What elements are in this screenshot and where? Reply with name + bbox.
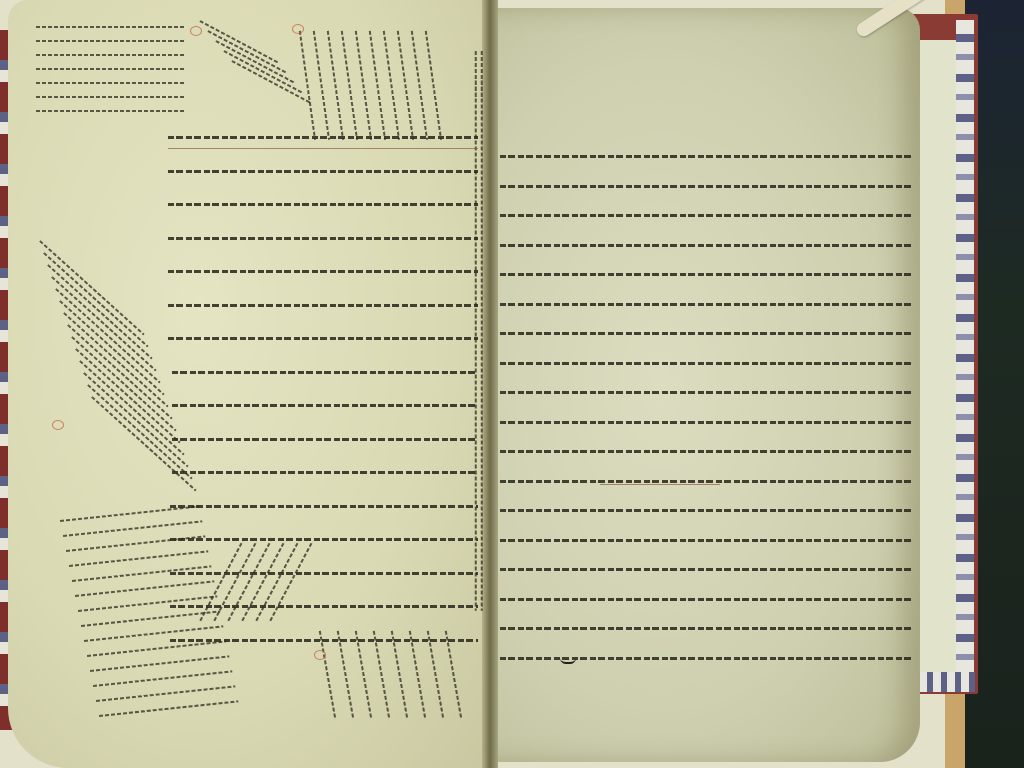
text-line: [170, 605, 478, 608]
ruled-line: [168, 148, 478, 149]
text-line: [500, 244, 912, 247]
text-line: [36, 26, 186, 28]
text-line: [500, 568, 912, 571]
catchword: [560, 654, 576, 664]
text-line: [500, 598, 912, 601]
text-line: [481, 51, 483, 611]
text-line: [168, 270, 478, 273]
text-line: [172, 404, 478, 407]
text-line: [500, 185, 912, 188]
text-line: [168, 170, 478, 173]
text-line: [475, 51, 477, 611]
patterned-cover-edge: [956, 20, 974, 688]
text-line: [168, 237, 478, 240]
right-page: [490, 8, 920, 762]
text-line: [168, 136, 478, 139]
text-line: [500, 273, 912, 276]
text-line: [36, 54, 186, 56]
red-marginal-mark: [292, 24, 304, 34]
text-line: [500, 627, 912, 630]
text-line: [172, 438, 478, 441]
text-line: [500, 362, 912, 365]
text-line: [168, 304, 478, 307]
text-line: [500, 450, 912, 453]
text-line: [170, 572, 478, 575]
text-line: [36, 68, 186, 70]
text-line: [500, 421, 912, 424]
text-line: [500, 539, 912, 542]
text-line: [500, 391, 912, 394]
text-line: [36, 96, 186, 98]
text-line: [172, 371, 478, 374]
red-marginal-mark: [52, 420, 64, 430]
text-line: [500, 509, 912, 512]
text-line: [500, 332, 912, 335]
text-line: [168, 203, 478, 206]
text-line: [36, 82, 186, 84]
text-line: [168, 337, 478, 340]
book-gutter: [482, 0, 498, 768]
text-line: [500, 214, 912, 217]
text-line: [500, 155, 912, 158]
text-line: [172, 471, 478, 474]
manuscript-photo: open-manuscript: [0, 0, 1024, 768]
text-line: [170, 505, 478, 508]
ruled-line: [600, 484, 720, 485]
text-line: [36, 110, 186, 112]
text-line: [500, 480, 912, 483]
text-line: [36, 40, 186, 42]
left-page: [8, 0, 490, 768]
text-line: [170, 538, 478, 541]
red-marginal-mark: [190, 26, 202, 36]
text-line: [500, 303, 912, 306]
red-marginal-mark: [314, 650, 326, 660]
